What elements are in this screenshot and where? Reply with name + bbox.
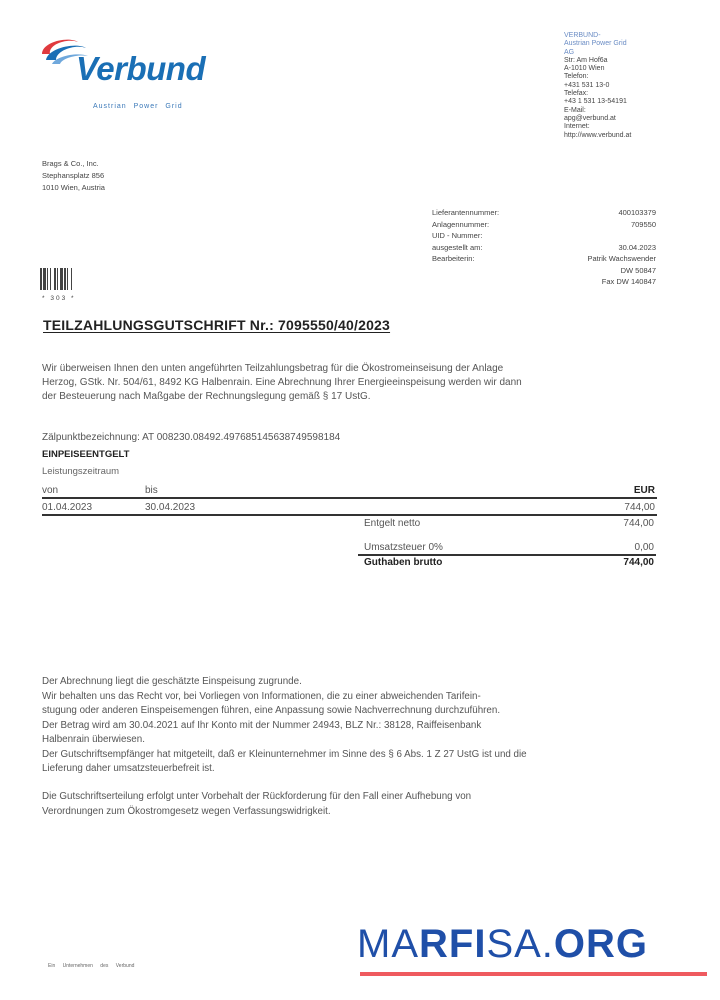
divider [42,514,657,516]
period-label: Leistungszeitraum [42,466,119,477]
verbund-logo: Verbund [76,50,205,88]
total-label: Guthaben brutto [364,556,442,569]
meta-label: UID - Nummer: [432,230,482,242]
cell-bis: 30.04.2023 [145,501,195,514]
meta-row: Bearbeiterin: Patrik Wachswender [432,253,656,265]
meta-row: ausgestellt am: 30.04.2023 [432,242,656,254]
watermark-underline [360,972,707,976]
footer-text: Ein Unternehmen des Verbund [48,963,134,969]
section-title: EINPEISEENTGELT [42,449,129,460]
intro-paragraph: Wir überweisen Ihnen den unten angeführt… [42,362,672,404]
meta-row: UID - Nummer: [432,230,656,242]
header-bis: bis [145,484,158,497]
meta-fax: Fax DW 140847 [432,276,656,288]
closing-line: Verordnungen zum Ökostromgesetz wegen Ve… [42,805,672,820]
divider [42,497,657,499]
totals-block: Entgelt netto 744,00 Umsatzsteuer 0% 0,0… [358,517,656,569]
watermark-part: RFI [419,922,486,966]
total-label: Umsatzsteuer 0% [364,541,443,554]
barcode-bar [72,268,74,290]
note-line: stugung oder anderen Einspeisemengen füh… [42,704,672,719]
meta-label: Bearbeiterin: [432,253,475,265]
document-meta: Lieferantennummer: 400103379 Anlagennumm… [432,207,656,288]
recipient-line: Stephansplatz 856 [42,170,105,182]
total-value: 744,00 [623,517,654,530]
sender-line: +43 1 531 13-54191 [564,98,684,106]
watermark-part: MA [357,922,419,966]
cell-von: 01.04.2023 [42,501,92,514]
sender-email[interactable]: apg@verbund.at [564,115,684,123]
sender-website[interactable]: http://www.verbund.at [564,132,684,140]
document-title: TEILZAHLUNGSGUTSCHRIFT Nr.: 7095550/40/2… [43,317,390,333]
table-row: 01.04.2023 30.04.2023 744,00 [42,501,657,514]
total-value: 744,00 [623,556,654,569]
meta-value: 400103379 [618,207,656,219]
sender-line: Telefax: [564,90,684,98]
sender-line: +431 531 13-0 [564,82,684,90]
closing-paragraph: Die Gutschriftserteilung erfolgt unter V… [42,790,672,819]
meta-label: ausgestellt am: [432,242,482,254]
watermark-part: ORG [554,922,648,966]
intro-line: Herzog, GStk. Nr. 504/61, 8492 KG Halben… [42,376,672,390]
meta-extension: DW 50847 [432,265,656,277]
meter-point-id: Zälpunktbezeichnung: AT 008230.08492.497… [42,432,340,443]
closing-line: Die Gutschriftserteilung erfolgt unter V… [42,790,672,805]
meta-row: Anlagennummer: 709550 [432,219,656,231]
watermark-logo: MARFISA.ORG [357,922,648,967]
meta-value: 709550 [631,219,656,231]
logo-tagline: Austrian Power Grid [93,103,183,110]
intro-line: der Besteuerung nach Maßgabe der Rechnun… [42,390,672,404]
total-value: 0,00 [635,541,654,554]
sender-address: VERBUND- Austrian Power Grid AG Str: Am … [564,32,684,140]
sender-line: AG [564,49,684,57]
note-line: Der Gutschriftsempfänger hat mitgeteilt,… [42,748,672,763]
sender-line: Internet: [564,123,684,131]
sender-line: Austrian Power Grid [564,40,684,48]
meta-label: Anlagennummer: [432,219,489,231]
recipient-address: Brags & Co., Inc. Stephansplatz 856 1010… [42,158,105,194]
billing-table: von bis EUR 01.04.2023 30.04.2023 744,00 [42,484,657,514]
note-line: Halbenrain überwiesen. [42,733,672,748]
total-row: Umsatzsteuer 0% 0,00 [358,541,656,554]
note-line: Lieferung daher umsatzsteuerbefreit ist. [42,762,672,777]
sender-line: E-Mail: [564,107,684,115]
sender-line: A-1010 Wien [564,65,684,73]
header-currency: EUR [634,484,655,497]
sender-line: Telefon: [564,73,684,81]
recipient-line: Brags & Co., Inc. [42,158,105,170]
intro-line: Wir überweisen Ihnen den unten angeführt… [42,362,672,376]
note-line: Der Abrechnung liegt die geschätzte Eins… [42,675,672,690]
total-row: Guthaben brutto 744,00 [358,556,656,569]
total-row: Entgelt netto 744,00 [358,517,656,530]
sender-line: Str: Am Hof6a [564,57,684,65]
cell-amount: 744,00 [624,501,655,514]
watermark-part: SA. [486,922,553,966]
note-line: Der Betrag wird am 30.04.2021 auf Ihr Ko… [42,719,672,734]
total-label: Entgelt netto [364,517,420,530]
notes-paragraph: Der Abrechnung liegt die geschätzte Eins… [42,675,672,777]
meta-value: Patrik Wachswender [588,253,657,265]
barcode-number: * 303 * [42,295,76,302]
meta-row: Lieferantennummer: 400103379 [432,207,656,219]
meta-value: 30.04.2023 [618,242,656,254]
header-von: von [42,484,58,497]
meta-label: Lieferantennummer: [432,207,499,219]
table-header: von bis EUR [42,484,657,497]
note-line: Wir behalten uns das Recht vor, bei Vorl… [42,690,672,705]
barcode [40,268,88,290]
sender-line: VERBUND- [564,32,684,40]
recipient-line: 1010 Wien, Austria [42,182,105,194]
